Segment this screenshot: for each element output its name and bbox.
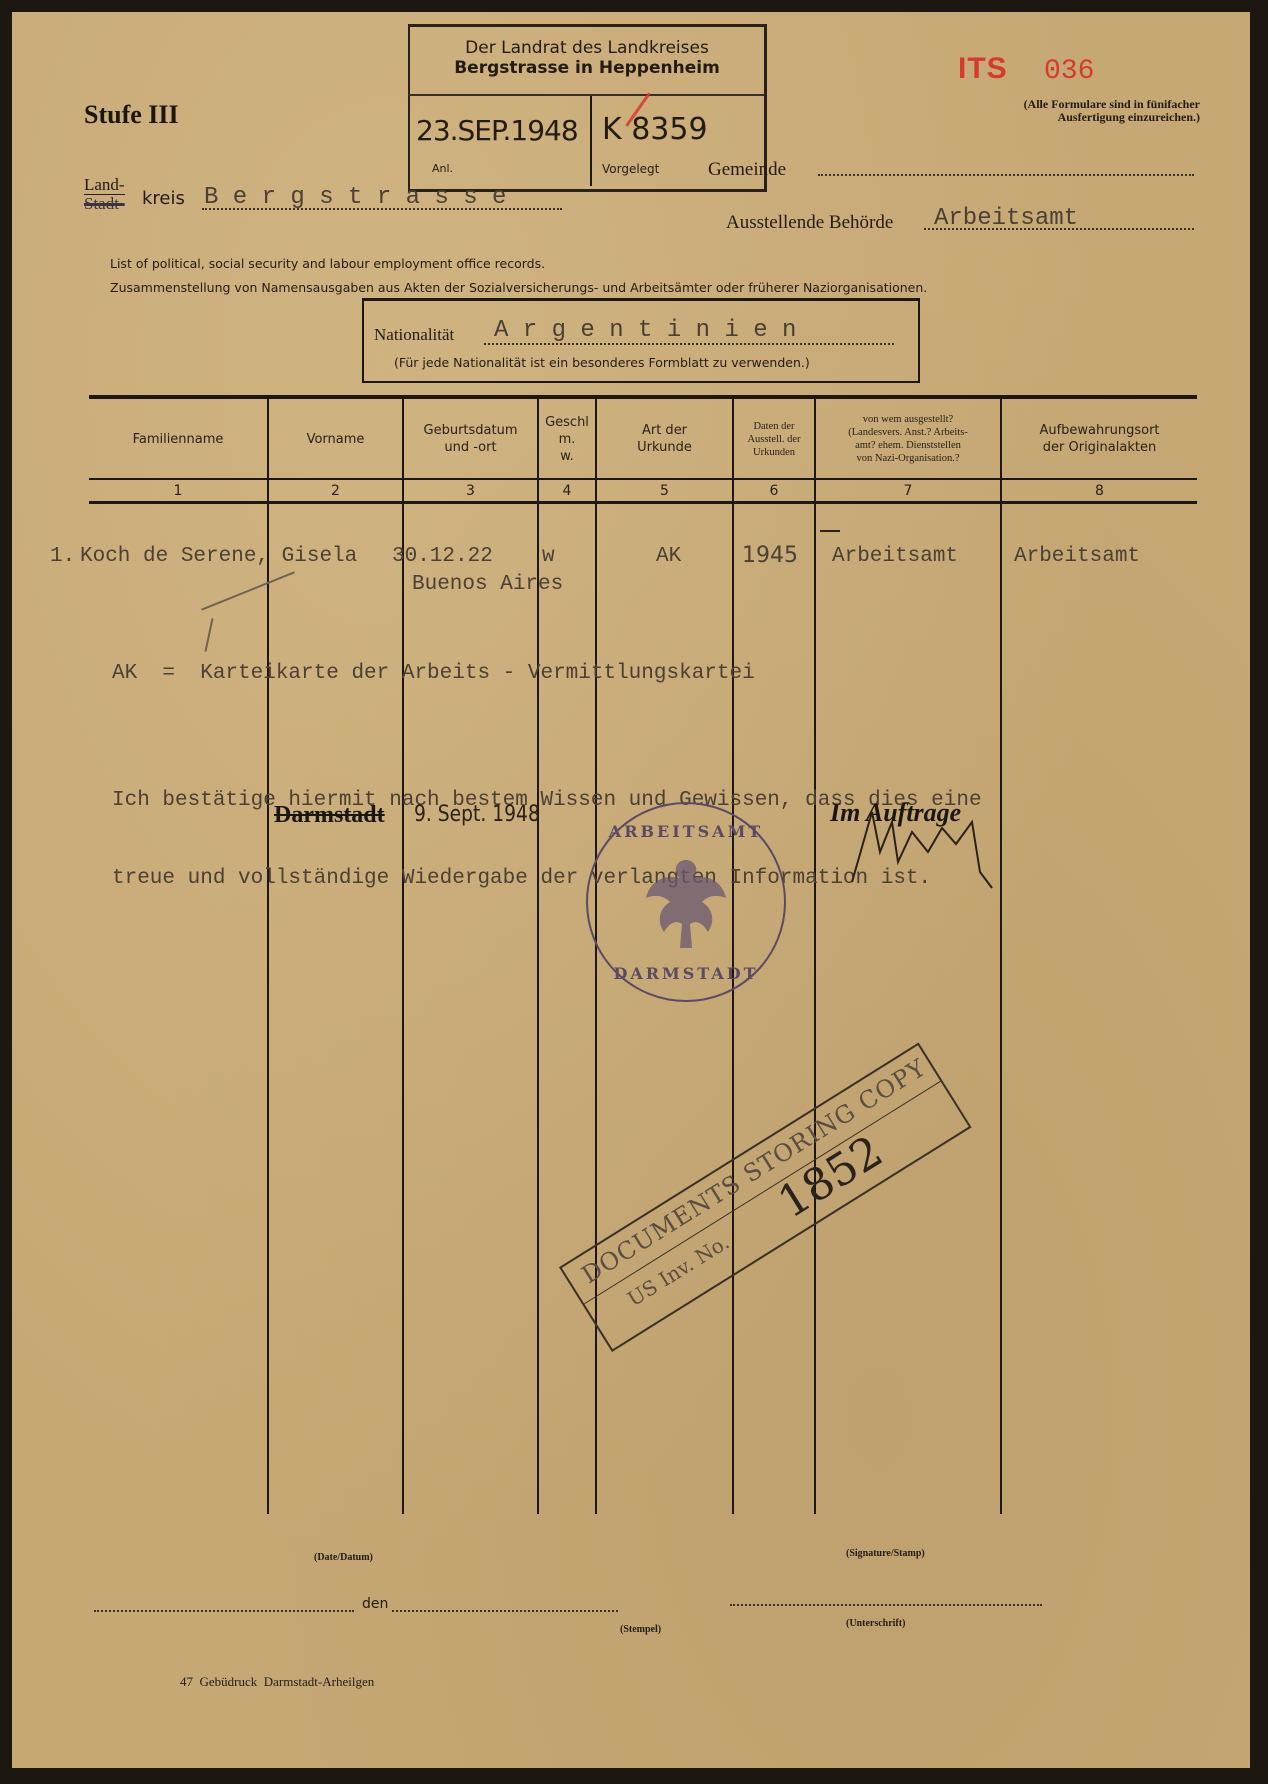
eagle-icon (636, 848, 736, 958)
date-field (392, 1610, 618, 1612)
table-number-rule (89, 501, 1197, 504)
column-number: 3 (404, 483, 537, 499)
date-label: (Date/Datum) (314, 1552, 373, 1563)
abbreviation-legend: AK = Karteikarte der Arbeits - Vermittlu… (112, 662, 755, 685)
column-header-geschlecht: Geschl m. w. (539, 400, 595, 478)
row-birth-date: 30.12.22 (392, 545, 493, 568)
stamp-line-2: Bergstrasse in Heppenheim (422, 58, 752, 78)
column-header-aufbewahrungsort: Aufbewahrungsort der Originalakten (1002, 400, 1197, 478)
behoerde-label: Ausstellende Behörde (726, 212, 893, 234)
row-issuer: Arbeitsamt (832, 545, 958, 568)
receipt-small-right: Vorgelegt (602, 162, 659, 176)
date-place-field (94, 1610, 354, 1612)
seal-bottom-text: DARMSTADT (588, 964, 784, 983)
nationality-label: Nationalität (374, 325, 454, 345)
signature-label: (Signature/Stamp) (846, 1548, 925, 1559)
row-name: Koch de Serene, Gisela (80, 545, 357, 568)
storing-copy-stamp: DOCUMENTS STORING COPY US Inv. No. 1852 (559, 1043, 972, 1352)
unterschrift-field (730, 1604, 1042, 1606)
column-divider (1000, 397, 1002, 1514)
column-divider (814, 397, 816, 1514)
column-number: 2 (269, 483, 402, 499)
receipt-stamp-authority: Der Landrat des Landkreises Bergstrasse … (422, 38, 752, 78)
behoerde-value: Arbeitsamt (934, 205, 1078, 232)
row-birth-place: Buenos Aires (412, 573, 563, 596)
column-header-geburtsdatum: Geburtsdatum und -ort (404, 400, 537, 478)
column-header-vorname: Vorname (269, 400, 402, 478)
column-header-familienname: Familienname (89, 400, 267, 478)
column-divider (537, 397, 539, 1514)
row-sex: w (542, 545, 555, 568)
column-divider (595, 397, 597, 1514)
official-seal: ARBEITSAMT DARMSTADT (586, 802, 786, 1002)
column-number: 4 (539, 483, 595, 499)
pencil-mark (204, 618, 213, 652)
storing-copy-divider (584, 1081, 941, 1304)
receipt-date: 23.SEP.1948 (416, 114, 578, 147)
instruction-note: (Alle Formulare sind in fünifacher Ausfe… (942, 98, 1200, 124)
column-number: 5 (597, 483, 732, 499)
den-label: den (362, 1596, 388, 1612)
stempel-label: (Stempel) (620, 1624, 661, 1635)
kreis-label-land: Land- (84, 176, 125, 195)
form-level-title: Stufe III (84, 100, 179, 130)
row-date: 1945 (742, 543, 798, 568)
signature-date: 9. Sept. 1948 (414, 802, 540, 827)
table-header-rule (89, 478, 1197, 480)
row-storage: Arbeitsamt (1014, 545, 1140, 568)
receipt-number: K 8359 (602, 112, 708, 147)
nationality-value: A r g e n t i n i e n (494, 317, 796, 344)
subtitle-german: Zusammenstellung von Namensausgaben aus … (110, 280, 927, 295)
subtitle-english: List of political, social security and l… (110, 256, 545, 271)
kreis-label-stadt-struck: Stadt- (84, 195, 125, 213)
column-header-daten: Daten der Ausstell. der Urkunden (734, 400, 814, 478)
kreis-suffix: kreis (142, 188, 185, 209)
gemeinde-field (818, 174, 1194, 176)
nationality-note: (Für jede Nationalität ist ein besondere… (394, 355, 810, 370)
column-header-von-wem: von wem ausgestellt? (Landesvers. Anst.?… (816, 400, 1000, 478)
column-header-art-der-urkunde: Art der Urkunde (597, 400, 732, 478)
column-number: 8 (1002, 483, 1197, 499)
its-prefix: ITS (958, 52, 1008, 86)
place-stamp: Darmstadt (274, 802, 385, 829)
gemeinde-label: Gemeinde (708, 159, 786, 181)
kreis-label-stack: Land- Stadt- (84, 176, 125, 213)
pencil-tick (820, 530, 840, 532)
receipt-small-left: Anl. (432, 162, 453, 175)
unterschrift-label: (Unterschrift) (846, 1618, 905, 1629)
its-number: 036 (1044, 56, 1094, 87)
table-top-rule (89, 395, 1197, 399)
stamp-line-1: Der Landrat des Landkreises (422, 38, 752, 58)
kreis-value: B e r g s t r a s s e (204, 184, 506, 211)
pencil-mark (201, 571, 294, 610)
printer-imprint: 47 Gebüdruck Darmstadt-Arheilgen (180, 1674, 374, 1690)
seal-top-text: ARBEITSAMT (588, 822, 784, 841)
column-number: 6 (734, 483, 814, 499)
instruction-line-2: Ausfertigung einzureichen.) (942, 111, 1200, 124)
column-number: 7 (816, 483, 1000, 499)
row-document-type: AK (656, 545, 681, 568)
handwritten-signature (832, 792, 1032, 902)
nationality-box: Nationalität A r g e n t i n i e n (Für … (362, 298, 920, 383)
document-page: Stufe III ITS 036 (Alle Formulare sind i… (12, 12, 1250, 1768)
column-number: 1 (89, 483, 267, 499)
row-index: 1. (50, 545, 75, 568)
